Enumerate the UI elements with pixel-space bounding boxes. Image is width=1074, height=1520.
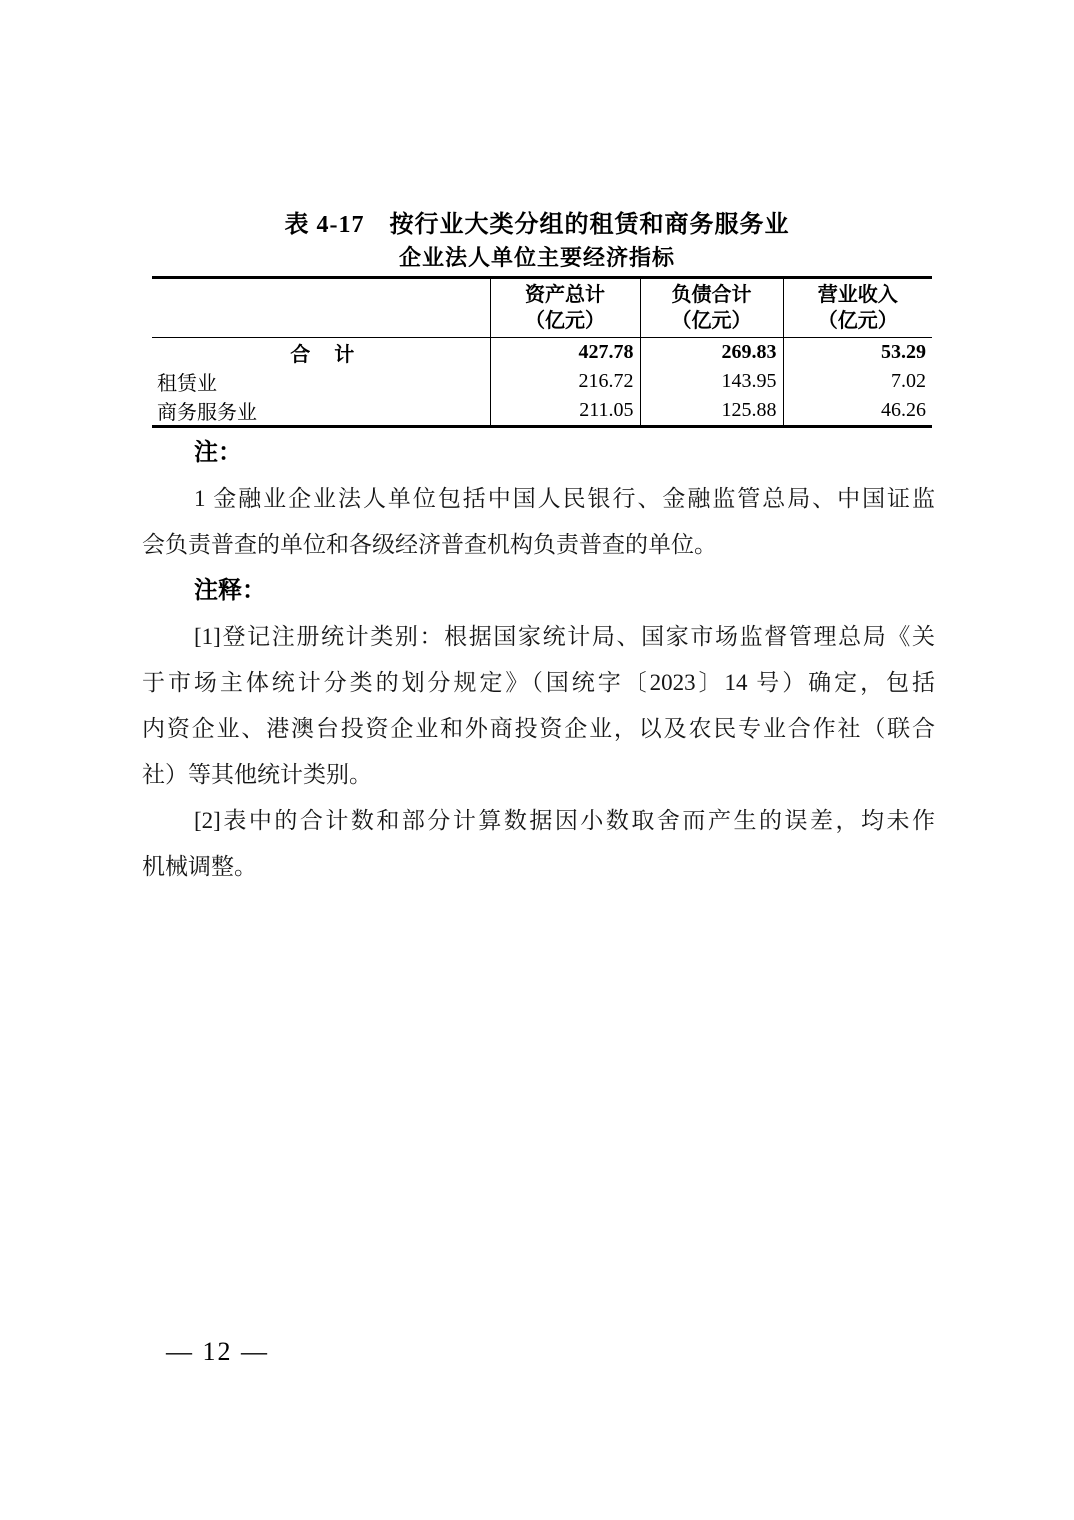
table-row-business-services: 商务服务业 211.05 125.88 46.26 [152,396,932,427]
row-total-assets: 427.78 [490,338,640,368]
header-revenue-name: 营业收入 [784,282,933,308]
row-business-services-label: 商务服务业 [152,396,490,427]
table-title: 表 4-17 按行业大类分组的租赁和商务服务业 企业法人单位主要经济指标 [141,209,933,273]
header-empty-cell [152,278,490,338]
table-header-row: 资产总计 （亿元） 负债合计 （亿元） 营业收入 （亿元） [152,278,932,338]
header-assets-unit: （亿元） [491,308,640,334]
header-assets-name: 资产总计 [491,282,640,308]
row-leasing-label: 租赁业 [152,367,490,396]
annotation2-line2: 机械调整。 [142,844,935,890]
header-liabilities-unit: （亿元） [641,308,783,334]
annotation2-line1: [2]表中的合计数和部分计算数据因小数取舍而产生的误差，均未作 [142,798,935,844]
row-total-liabilities: 269.83 [640,338,783,368]
table-title-line1: 表 4-17 按行业大类分组的租赁和商务服务业 [141,209,933,242]
annotation1-line2: 于市场主体统计分类的划分规定》（国统字〔2023〕14 号）确定，包括 [142,660,935,706]
header-revenue-unit: （亿元） [784,308,933,334]
table-row-leasing: 租赁业 216.72 143.95 7.02 [152,367,932,396]
note1-line2: 会负责普查的单位和各级经济普查机构负责普查的单位。 [142,522,935,568]
row-leasing-assets: 216.72 [490,367,640,396]
header-revenue: 营业收入 （亿元） [783,278,932,338]
row-leasing-liabilities: 143.95 [640,367,783,396]
table-title-line2: 企业法人单位主要经济指标 [141,242,933,273]
page-number: — 12 — [166,1337,269,1367]
annotation-heading: 注释： [142,568,935,614]
header-liabilities-name: 负债合计 [641,282,783,308]
annotation1-line4: 社）等其他统计类别。 [142,752,935,798]
row-total-label: 合 计 [152,338,490,368]
document-page: 表 4-17 按行业大类分组的租赁和商务服务业 企业法人单位主要经济指标 资产总… [0,0,1074,1520]
table-row-total: 合 计 427.78 269.83 53.29 [152,338,932,368]
note-heading: 注： [142,430,935,476]
row-business-services-liabilities: 125.88 [640,396,783,427]
annotation1-line3: 内资企业、港澳台投资企业和外商投资企业，以及农民专业合作社（联合 [142,706,935,752]
note1-line1: 1 金融业企业法人单位包括中国人民银行、金融监管总局、中国证监 [142,476,935,522]
header-liabilities: 负债合计 （亿元） [640,278,783,338]
row-business-services-assets: 211.05 [490,396,640,427]
row-total-revenue: 53.29 [783,338,932,368]
notes-section: 注： 1 金融业企业法人单位包括中国人民银行、金融监管总局、中国证监 会负责普查… [142,430,935,890]
row-leasing-revenue: 7.02 [783,367,932,396]
row-business-services-revenue: 46.26 [783,396,932,427]
annotation1-line1: [1]登记注册统计类别：根据国家统计局、国家市场监督管理总局《关 [142,614,935,660]
economic-indicators-table: 资产总计 （亿元） 负债合计 （亿元） 营业收入 （亿元） 合 计 427.78… [152,276,932,428]
header-assets: 资产总计 （亿元） [490,278,640,338]
